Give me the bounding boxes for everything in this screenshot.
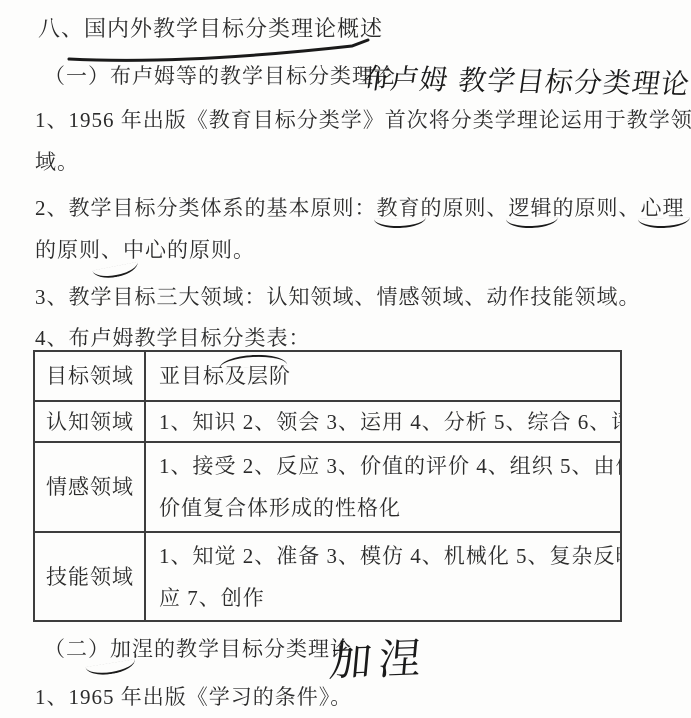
- bloom-taxonomy-table: 目标领域 亚目标及层阶 认知领域 1、知识 2、领会 3、运用 4、分析 5、综…: [33, 350, 622, 622]
- document-page: 八、国内外教学目标分类理论概述 （一）布卢姆等的教学目标分类理论 布卢姆 教学目…: [0, 0, 691, 718]
- section1-item2-line2: 的原则、中心的原则。: [35, 237, 255, 264]
- section1-heading: （一）布卢姆等的教学目标分类理论: [44, 63, 396, 90]
- section1-item3: 3、教学目标三大领域：认知领域、情感领域、动作技能领域。: [35, 284, 641, 311]
- table-row-cognitive-content: 1、知识 2、领会 3、运用 4、分析 5、综合 6、评价: [144, 400, 620, 441]
- item2-line2-pre: 的原则、: [35, 238, 123, 262]
- section2-heading: （二）加涅的教学目标分类理论: [44, 636, 352, 663]
- table-row-cognitive-domain: 认知领域: [35, 400, 144, 441]
- page-title: 八、国内外教学目标分类理论概述: [38, 15, 383, 42]
- table-row-skill-domain: 技能领域: [35, 531, 144, 620]
- item2-line2-post: 的原则。: [167, 238, 255, 262]
- section2-heading-pre: （二）: [44, 637, 110, 661]
- section2-heading-post: 的教学目标分类理论: [154, 637, 352, 661]
- arc-marked-word-levels: 层阶: [247, 364, 291, 388]
- section1-item4: 4、布卢姆教学目标分类表：: [35, 325, 311, 352]
- table-row-skill-content: 1、知觉 2、准备 3、模仿 4、机械化 5、复杂反映 6、适 应 7、创作: [144, 531, 620, 620]
- section1-item1-line1: 1、1956 年出版《教育目标分类学》首次将分类学理论运用于教学领: [35, 107, 691, 134]
- table-row-affective-content: 1、接受 2、反应 3、价值的评价 4、组织 5、由价值或 价值复合体形成的性格…: [144, 441, 620, 531]
- section1-item2-line1: 2、教学目标分类体系的基本原则：教育的原则、逻辑的原则、心理: [35, 195, 685, 222]
- section2-item1: 1、1965 年出版《学习的条件》。: [35, 684, 352, 711]
- handwritten-annotation-bloom: 布卢姆 教学目标分类理论: [359, 57, 691, 103]
- underlined-word-logic: 逻辑: [509, 196, 553, 220]
- underlined-word-education: 教育: [377, 196, 421, 220]
- item2-prefix: 2、教学目标分类体系的基本原则：: [35, 196, 377, 220]
- item2-mid2: 的原则、: [553, 196, 641, 220]
- table-header-domain: 目标领域: [35, 352, 144, 400]
- item2-mid1: 的原则、: [421, 196, 509, 220]
- handwritten-annotation-gagne: 加涅: [327, 626, 431, 689]
- marked-word-center: 中心: [123, 238, 167, 262]
- section1-item1-line2: 域。: [35, 149, 79, 176]
- table-header-subgoals: 亚目标及层阶: [144, 352, 620, 400]
- underlined-word-gagne: 加涅: [110, 637, 154, 661]
- table-row-affective-domain: 情感领域: [35, 441, 144, 531]
- underlined-word-psychology: 心理: [641, 196, 685, 220]
- handwritten-underline-swoosh: [66, 38, 376, 66]
